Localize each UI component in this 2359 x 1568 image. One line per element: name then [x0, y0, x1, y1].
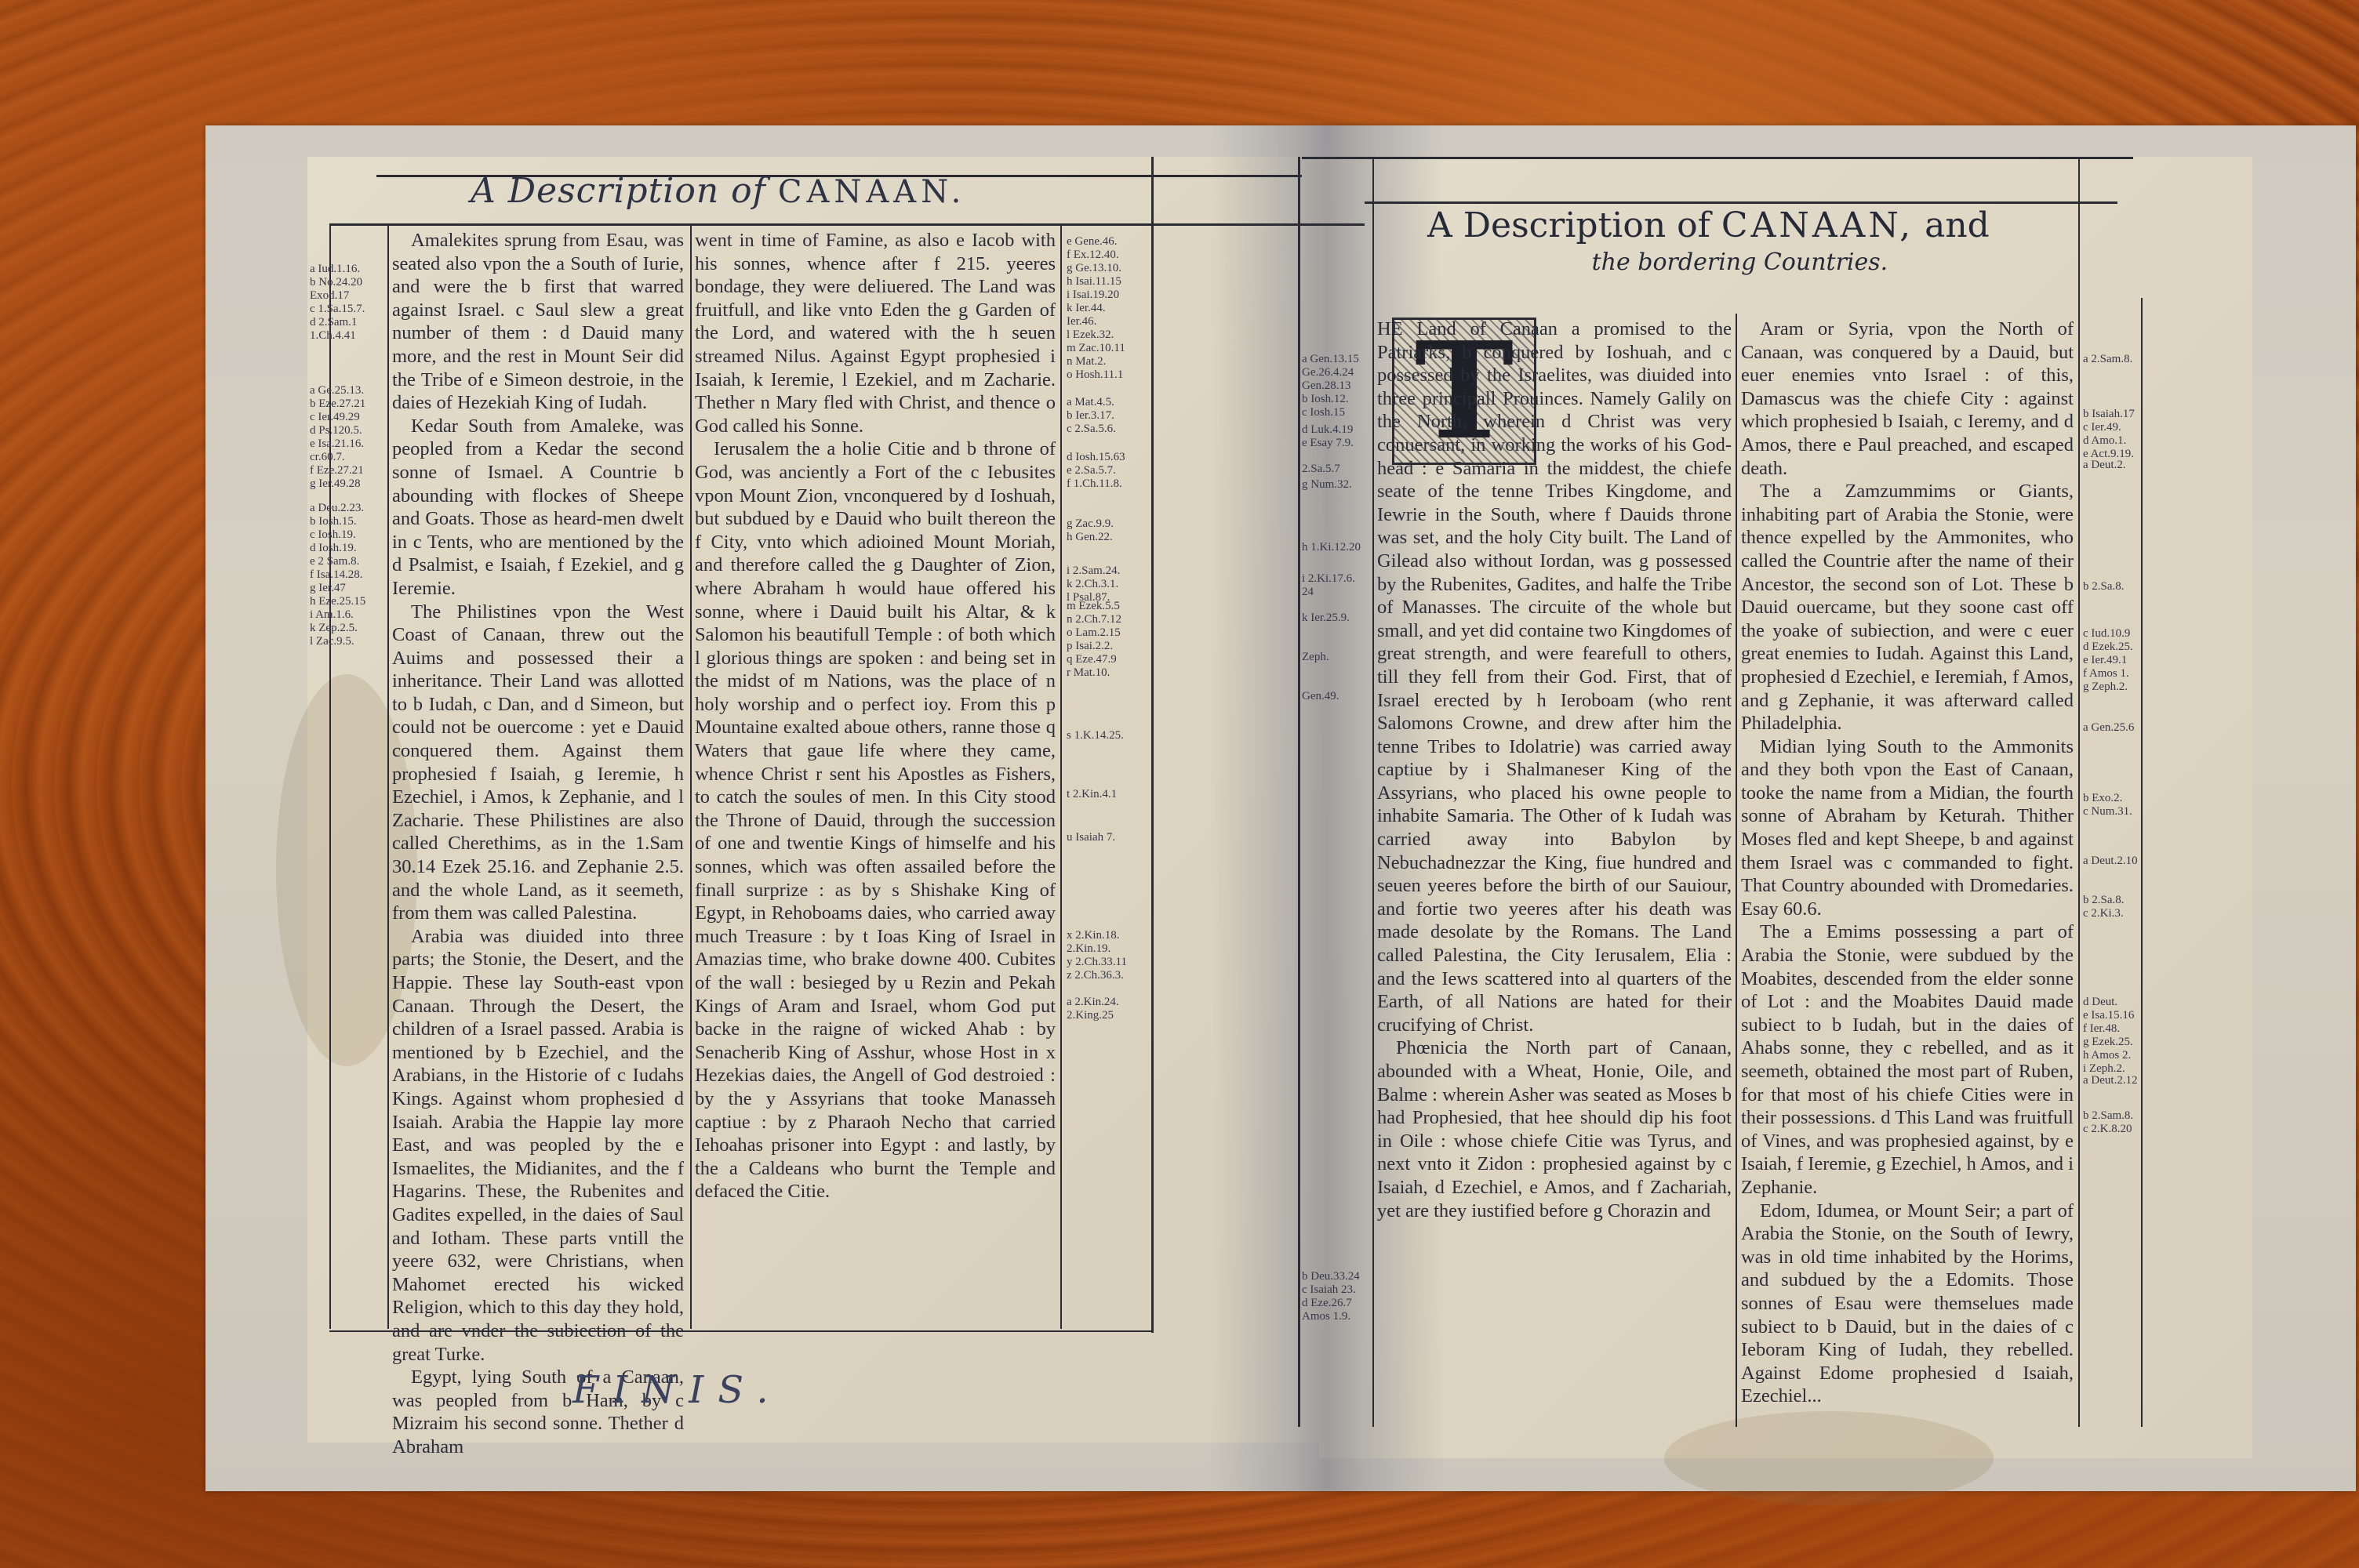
- margin-note-group: b 2.Sa.8.c 2.Ki.3.: [2083, 894, 2125, 920]
- margin-note: c Ier.49.29: [310, 411, 365, 424]
- margin-note: i Isai.19.20: [1067, 289, 1125, 302]
- heading-text: A Description of: [471, 171, 766, 211]
- margin-note: b No.24.20: [310, 276, 365, 289]
- margin-note: Zeph.: [1302, 651, 1329, 664]
- margin-note: p Isai.2.2.: [1067, 640, 1121, 653]
- margin-note: c 2.Ki.3.: [2083, 907, 2125, 920]
- margin-note: a Gen.13.15: [1302, 353, 1359, 366]
- margin-note: k 2.Ch.3.1.: [1067, 578, 1120, 591]
- margin-note: n 2.Ch.7.12: [1067, 613, 1121, 626]
- margin-note-group: a Deut.2.: [2083, 459, 2126, 472]
- margin-note: d Luk.4.19: [1302, 423, 1354, 437]
- margin-note: d Deut.: [2083, 996, 2134, 1009]
- margin-note: a Deut.2.: [2083, 459, 2126, 472]
- margin-note: g Num.32.: [1302, 478, 1352, 492]
- margin-note: a Ge.25.13.: [310, 384, 365, 397]
- margin-note: c 2.K.8.20: [2083, 1123, 2133, 1136]
- column-rule: [1151, 157, 1154, 1333]
- margin-note: h Isai.11.15: [1067, 275, 1125, 289]
- margin-note: Gen.28.13: [1302, 379, 1359, 393]
- margin-note-group: b 2.Sa.8.: [2083, 580, 2125, 593]
- margin-note: b Deu.33.24: [1302, 1270, 1360, 1283]
- margin-note: f Amos 1.: [2083, 667, 2133, 681]
- margin-note: d Iosh.15.63: [1067, 451, 1125, 464]
- margin-note-group: a Mat.4.5.b Ier.3.17.c 2.Sa.5.6.: [1067, 396, 1116, 436]
- margin-note: f Ier.48.: [2083, 1022, 2134, 1036]
- margin-note: Exod.17: [310, 289, 365, 303]
- margin-note-group: h 1.Ki.12.20: [1302, 541, 1361, 554]
- margin-note: o Hosh.11.1: [1067, 368, 1125, 382]
- left-page-heading: A Description of CANAAN.: [471, 171, 965, 211]
- margin-note-group: b 2.Sam.8.c 2.K.8.20: [2083, 1109, 2133, 1136]
- paragraph: Aram or Syria, vpon the North of Canaan,…: [1741, 318, 2074, 480]
- margin-note: g Zeph.2.: [2083, 681, 2133, 694]
- margin-note: r Mat.10.: [1067, 666, 1121, 680]
- margin-note: m Zac.10.11: [1067, 342, 1125, 355]
- margin-note: e 2 Sam.8.: [310, 555, 365, 568]
- margin-note: a Mat.4.5.: [1067, 396, 1116, 409]
- margin-note-group: a Iud.1.16.b No.24.20Exod.17c 1.Sa.15.7.…: [310, 263, 365, 343]
- margin-note: 2.Sa.5.7: [1302, 463, 1340, 476]
- margin-note: c Iud.10.9: [2083, 627, 2133, 641]
- left-page-column-1: Amalekites sprung from Esau, was seated …: [392, 229, 684, 1458]
- margin-note: a Deut.2.12: [2083, 1074, 2138, 1087]
- margin-note: d Ezek.25.: [2083, 641, 2133, 654]
- margin-note: g Zac.9.9.: [1067, 517, 1114, 531]
- margin-note-group: c Iud.10.9d Ezek.25.e Ier.49.1f Amos 1.g…: [2083, 627, 2133, 694]
- margin-note: e Gene.46.: [1067, 235, 1125, 249]
- margin-note-group: a Deu.2.23.b Iosh.15.c Iosh.19.d Iosh.19…: [310, 502, 365, 648]
- margin-note: k Zep.2.5.: [310, 622, 365, 635]
- margin-note: i Am.1.6.: [310, 608, 365, 622]
- margin-note: 2.King.25: [1067, 1009, 1119, 1022]
- margin-note: c Ier.49.: [2083, 421, 2135, 434]
- margin-note-group: Gen.49.: [1302, 690, 1339, 703]
- margin-note: q Eze.47.9: [1067, 653, 1121, 666]
- paragraph: The a Zamzummims or Giants, inhabiting p…: [1741, 480, 2074, 735]
- margin-note-group: b Deu.33.24c Isaiah 23.d Eze.26.7Amos 1.…: [1302, 1270, 1360, 1323]
- margin-note: d Eze.26.7: [1302, 1297, 1360, 1310]
- margin-note: f Ex.12.40.: [1067, 249, 1125, 262]
- margin-note: c 2.Sa.5.6.: [1067, 423, 1116, 436]
- margin-note: a Iud.1.16.: [310, 263, 365, 276]
- right-page-column-1: HE Land of Canaan a promised to the Patr…: [1377, 318, 1732, 1222]
- paragraph: Ierusalem the a holie Citie and b throne…: [695, 437, 1056, 1203]
- margin-note: f Isa.14.28.: [310, 568, 365, 582]
- margin-note: 2.Kin.19.: [1067, 942, 1127, 956]
- paragraph: Arabia was diuided into three parts; the…: [392, 925, 684, 1366]
- header-rule-bottom: [329, 223, 1365, 226]
- margin-note: f 1.Ch.11.8.: [1067, 477, 1125, 491]
- margin-note: g Ier.47: [310, 582, 365, 595]
- margin-note: g Ezek.25.: [2083, 1036, 2134, 1049]
- margin-note: m Ezek.5.5: [1067, 600, 1121, 613]
- margin-note: c Iosh.19.: [310, 528, 365, 542]
- margin-note: b Ier.3.17.: [1067, 409, 1116, 423]
- margin-note: b Isaiah.17: [2083, 408, 2135, 421]
- margin-note-group: k Ier.25.9.: [1302, 612, 1350, 625]
- margin-note: u Isaiah 7.: [1067, 831, 1115, 844]
- margin-note: Ge.26.4.24: [1302, 366, 1359, 379]
- heading-text: A Description of: [1427, 205, 1710, 245]
- margin-note: c Iosh.15: [1302, 406, 1359, 419]
- margin-note: t 2.Kin.4.1: [1067, 788, 1117, 801]
- margin-note: b Eze.27.21: [310, 397, 365, 411]
- header-rule-top: [1302, 157, 2133, 159]
- margin-note-group: t 2.Kin.4.1: [1067, 788, 1117, 801]
- margin-note-group: a Gen.25.6: [2083, 721, 2134, 735]
- margin-note: g Ge.13.10.: [1067, 262, 1125, 275]
- column-rule: [1060, 223, 1062, 1329]
- heading-caps: CANAAN.: [778, 174, 965, 210]
- margin-note-group: d Luk.4.19e Esay 7.9.: [1302, 423, 1354, 450]
- water-stain: [1664, 1411, 1994, 1505]
- margin-note: i 2.Ki.17.6.: [1302, 572, 1355, 586]
- margin-note: Amos 1.9.: [1302, 1310, 1360, 1323]
- margin-note: d Iosh.19.: [310, 542, 365, 555]
- margin-note: b 2.Sam.8.: [2083, 1109, 2133, 1123]
- margin-note: e Ier.49.1: [2083, 654, 2133, 667]
- margin-note: l Ezek.32.: [1067, 328, 1125, 342]
- column-rule: [1736, 314, 1737, 1427]
- margin-note: b Iosh.15.: [310, 515, 365, 528]
- margin-note: c 1.Sa.15.7.: [310, 303, 365, 316]
- margin-note-group: m Ezek.5.5n 2.Ch.7.12o Lam.2.15p Isai.2.…: [1067, 600, 1121, 680]
- margin-note: d Ps.120.5.: [310, 424, 365, 437]
- margin-note: a Deu.2.23.: [310, 502, 365, 515]
- margin-note: a 2.Kin.24.: [1067, 996, 1119, 1009]
- margin-note-group: i 2.Sam.24.k 2.Ch.3.1.l Psal.87.: [1067, 564, 1120, 604]
- margin-note: d Amo.1.: [2083, 434, 2135, 448]
- margin-note: 24: [1302, 586, 1355, 599]
- margin-note-group: a Gen.13.15Ge.26.4.24Gen.28.13b Iosh.12.…: [1302, 353, 1359, 419]
- paragraph: The Philistines vpon the West Coast of C…: [392, 601, 684, 925]
- margin-note: Gen.49.: [1302, 690, 1339, 703]
- margin-note: i 2.Sam.24.: [1067, 564, 1120, 578]
- margin-note: g Ier.49.28: [310, 477, 365, 491]
- paragraph: Edom, Idumea, or Mount Seir; a part of A…: [1741, 1200, 2074, 1408]
- margin-note: a Gen.25.6: [2083, 721, 2134, 735]
- heading-caps: CANAAN,: [1721, 205, 1914, 245]
- margin-note: n Mat.2.: [1067, 355, 1125, 368]
- margin-note: h Eze.25.15: [310, 595, 365, 608]
- margin-note: f Eze.27.21: [310, 464, 365, 477]
- margin-note-group: a Deut.2.10: [2083, 855, 2138, 868]
- margin-note: a Deut.2.10: [2083, 855, 2138, 868]
- margin-note: y 2.Ch.33.11: [1067, 956, 1127, 969]
- margin-note-group: b Isaiah.17c Ier.49.d Amo.1.e Act.9.19.: [2083, 408, 2135, 461]
- paragraph: The a Emims possessing a part of Arabia …: [1741, 920, 2074, 1199]
- margin-note: cr.60.7.: [310, 451, 365, 464]
- left-page-column-2: went in time of Famine, as also e Iacob …: [695, 229, 1056, 1203]
- margin-note: b 2.Sa.8.: [2083, 894, 2125, 907]
- margin-note: a 2.Sam.8.: [2083, 353, 2132, 366]
- paragraph: HE Land of Canaan a promised to the Patr…: [1377, 318, 1732, 1036]
- margin-note: x 2.Kin.18.: [1067, 929, 1127, 942]
- margin-note: e Esay 7.9.: [1302, 437, 1354, 450]
- margin-note-group: d Deut.e Isa.15.16f Ier.48.g Ezek.25.h A…: [2083, 996, 2134, 1076]
- margin-note-group: a 2.Sam.8.: [2083, 353, 2132, 366]
- margin-note-group: g Num.32.: [1302, 478, 1352, 492]
- margin-note: o Lam.2.15: [1067, 626, 1121, 640]
- margin-note-group: u Isaiah 7.: [1067, 831, 1115, 844]
- margin-note-group: Zeph.: [1302, 651, 1329, 664]
- column-rule: [387, 223, 389, 1329]
- right-page-column-2: Aram or Syria, vpon the North of Canaan,…: [1741, 318, 2074, 1408]
- margin-note: Ier.46.: [1067, 315, 1125, 328]
- margin-note: d 2.Sam.1: [310, 316, 365, 329]
- margin-note-group: g Zac.9.9.h Gen.22.: [1067, 517, 1114, 544]
- margin-note: e 2.Sa.5.7.: [1067, 464, 1125, 477]
- paragraph: Kedar South from Amaleke, was peopled fr…: [392, 415, 684, 601]
- margin-note-group: a Deut.2.12: [2083, 1074, 2138, 1087]
- margin-note: k Ier.44.: [1067, 302, 1125, 315]
- margin-note-group: a 2.Kin.24.2.King.25: [1067, 996, 1119, 1022]
- margin-note: b Exo.2.: [2083, 792, 2132, 805]
- margin-note-group: s 1.K.14.25.: [1067, 729, 1124, 742]
- margin-note-group: i 2.Ki.17.6.24: [1302, 572, 1355, 599]
- margin-note-group: x 2.Kin.18.2.Kin.19.y 2.Ch.33.11z 2.Ch.3…: [1067, 929, 1127, 982]
- margin-note: c Num.31.: [2083, 805, 2132, 818]
- column-rule: [1298, 157, 1300, 1427]
- margin-note-group: e Gene.46.f Ex.12.40.g Ge.13.10.h Isai.1…: [1067, 235, 1125, 382]
- margin-note-group: d Iosh.15.63e 2.Sa.5.7.f 1.Ch.11.8.: [1067, 451, 1125, 491]
- margin-note: c Isaiah 23.: [1302, 1283, 1360, 1297]
- header-rule-bottom: [1365, 201, 2117, 204]
- paragraph: went in time of Famine, as also e Iacob …: [695, 229, 1056, 437]
- column-rule: [690, 223, 692, 1329]
- margin-note: h 1.Ki.12.20: [1302, 541, 1361, 554]
- margin-note: h Amos 2.: [2083, 1049, 2134, 1062]
- margin-note: 1.Ch.4.41: [310, 329, 365, 343]
- margin-note-group: 2.Sa.5.7: [1302, 463, 1340, 476]
- margin-note: e Isa.15.16: [2083, 1009, 2134, 1022]
- paragraph: Midian lying South to the Ammonits and t…: [1741, 735, 2074, 921]
- margin-note: k Ier.25.9.: [1302, 612, 1350, 625]
- heading-subtitle: the bordering Countries.: [1490, 249, 1990, 276]
- heading-and: and: [1925, 205, 1990, 245]
- margin-note: s 1.K.14.25.: [1067, 729, 1124, 742]
- paragraph: Phœnicia the North part of Canaan, aboun…: [1377, 1036, 1732, 1222]
- margin-note: l Zac.9.5.: [310, 635, 365, 648]
- margin-note: h Gen.22.: [1067, 531, 1114, 544]
- margin-note: z 2.Ch.36.3.: [1067, 969, 1127, 982]
- column-rule: [1372, 157, 1374, 1427]
- right-page-heading: A Description of CANAAN, and the borderi…: [1427, 205, 1990, 276]
- margin-note-group: b Exo.2.c Num.31.: [2083, 792, 2132, 818]
- margin-note: b Iosh.12.: [1302, 393, 1359, 406]
- column-rule: [2078, 157, 2080, 1427]
- outer-border-rule: [2141, 298, 2143, 1427]
- paragraph: Amalekites sprung from Esau, was seated …: [392, 229, 684, 415]
- margin-note: e Isa.21.16.: [310, 437, 365, 451]
- margin-note-group: a Ge.25.13.b Eze.27.21c Ier.49.29d Ps.12…: [310, 384, 365, 491]
- finis-footer: FINIS.: [572, 1368, 783, 1412]
- margin-note: b 2.Sa.8.: [2083, 580, 2125, 593]
